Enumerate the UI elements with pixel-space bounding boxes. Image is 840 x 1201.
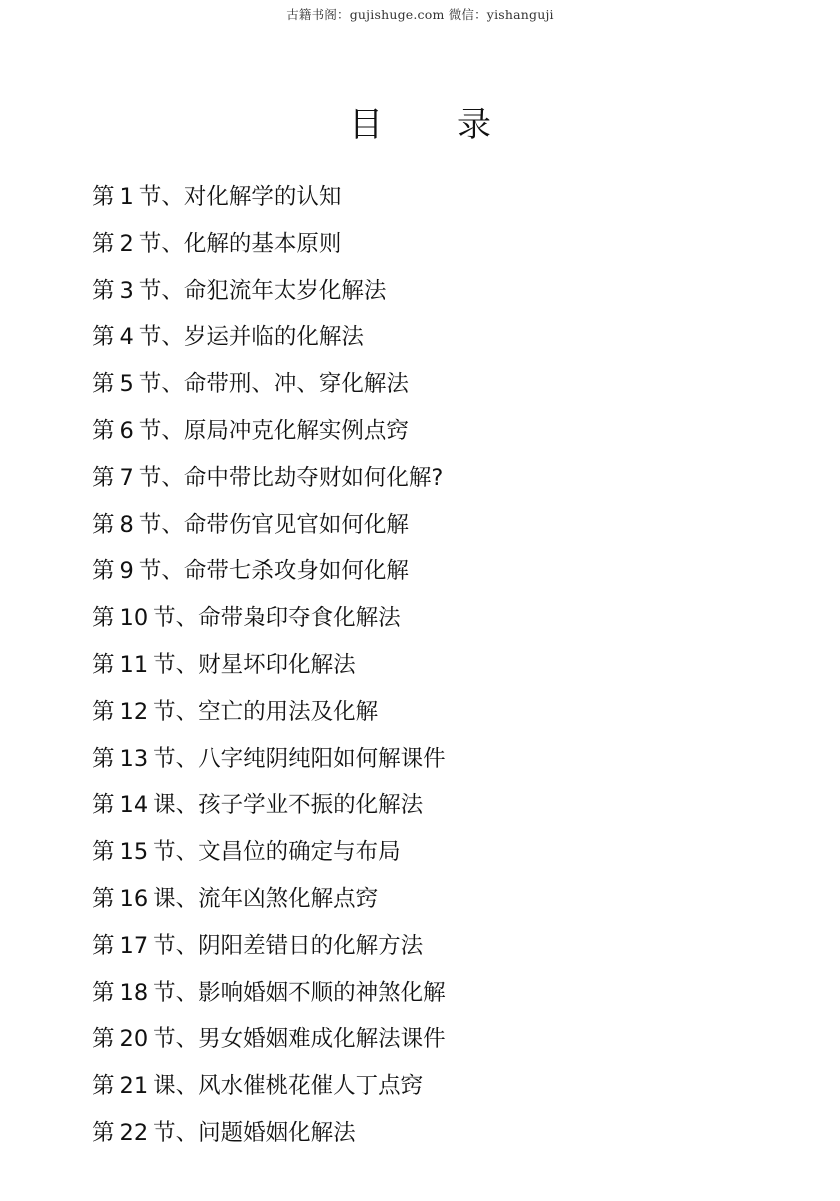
toc-prefix: 第 <box>92 278 115 304</box>
toc-number: 13 <box>120 740 149 778</box>
toc-number: 1 <box>120 178 134 216</box>
toc-prefix: 第 <box>92 1073 115 1099</box>
toc-number: 3 <box>120 272 134 310</box>
toc-prefix: 第 <box>92 746 115 772</box>
toc-prefix: 第 <box>92 558 115 584</box>
toc-prefix: 第 <box>92 933 115 959</box>
toc-title: 、孩子学业不振的化解法 <box>176 792 424 818</box>
toc-prefix: 第 <box>92 1026 115 1052</box>
toc-prefix: 第 <box>92 512 115 538</box>
toc-unit: 节 <box>153 605 176 631</box>
toc-unit: 课 <box>153 886 176 912</box>
toc-title: 、财星坏印化解法 <box>176 652 356 678</box>
header-watermark: 古籍书阁：gujishuge.com 微信：yishanguji <box>0 5 840 23</box>
toc-entry[interactable]: 第5节、命带刑、冲、穿化解法 <box>92 365 446 412</box>
toc-entry[interactable]: 第14课、孩子学业不振的化解法 <box>92 786 446 833</box>
toc-entry[interactable]: 第3节、命犯流年太岁化解法 <box>92 272 446 319</box>
toc-prefix: 第 <box>92 418 115 444</box>
toc-title: 、命带枭印夺食化解法 <box>176 605 401 631</box>
toc-title: 、命带七杀攻身如何化解 <box>161 558 409 584</box>
toc-number: 18 <box>120 974 149 1012</box>
toc-number: 10 <box>120 599 149 637</box>
toc-number: 14 <box>120 786 149 824</box>
toc-prefix: 第 <box>92 605 115 631</box>
toc-prefix: 第 <box>92 980 115 1006</box>
toc-number: 15 <box>120 833 149 871</box>
toc-number: 9 <box>120 552 134 590</box>
toc-entry[interactable]: 第16课、流年凶煞化解点窍 <box>92 880 446 927</box>
toc-title: 、阴阳差错日的化解方法 <box>176 933 424 959</box>
toc-prefix: 第 <box>92 839 115 865</box>
toc-number: 2 <box>120 225 134 263</box>
toc-title: 、空亡的用法及化解 <box>176 699 379 725</box>
toc-title: 、命犯流年太岁化解法 <box>161 278 386 304</box>
toc-unit: 节 <box>153 933 176 959</box>
toc-title: 、文昌位的确定与布局 <box>176 839 401 865</box>
toc-number: 16 <box>120 880 149 918</box>
toc-entry[interactable]: 第20节、男女婚姻难成化解法课件 <box>92 1020 446 1067</box>
toc-entry[interactable]: 第6节、原局冲克化解实例点窍 <box>92 412 446 459</box>
toc-unit: 节 <box>139 558 162 584</box>
toc-title: 、命中带比劫夺财如何化解? <box>161 465 443 491</box>
toc-prefix: 第 <box>92 231 115 257</box>
toc-number: 22 <box>120 1114 149 1152</box>
toc-title: 、岁运并临的化解法 <box>161 324 364 350</box>
toc-entry[interactable]: 第15节、文昌位的确定与布局 <box>92 833 446 880</box>
toc-unit: 节 <box>153 1120 176 1146</box>
toc-unit: 节 <box>153 699 176 725</box>
title-char-lu: 录 <box>457 103 491 147</box>
toc-unit: 节 <box>153 839 176 865</box>
toc-unit: 课 <box>153 792 176 818</box>
toc-prefix: 第 <box>92 184 115 210</box>
toc-entry[interactable]: 第1节、对化解学的认知 <box>92 178 446 225</box>
toc-title: 、问题婚姻化解法 <box>176 1120 356 1146</box>
toc-number: 8 <box>120 506 134 544</box>
toc-unit: 节 <box>153 1026 176 1052</box>
toc-title: 、风水催桃花催人丁点窍 <box>176 1073 424 1099</box>
toc-unit: 节 <box>139 231 162 257</box>
toc-entry[interactable]: 第2节、化解的基本原则 <box>92 225 446 272</box>
toc-unit: 节 <box>139 465 162 491</box>
toc-title: 、男女婚姻难成化解法课件 <box>176 1026 446 1052</box>
toc-title: 、流年凶煞化解点窍 <box>176 886 379 912</box>
toc-number: 7 <box>120 459 134 497</box>
toc-title: 、化解的基本原则 <box>161 231 341 257</box>
title-char-mu: 目 <box>349 103 383 147</box>
toc-unit: 节 <box>139 278 162 304</box>
toc-prefix: 第 <box>92 792 115 818</box>
toc-number: 21 <box>120 1067 149 1105</box>
toc-entry[interactable]: 第4节、岁运并临的化解法 <box>92 318 446 365</box>
toc-unit: 课 <box>153 1073 176 1099</box>
toc-title: 、原局冲克化解实例点窍 <box>161 418 409 444</box>
toc-entry[interactable]: 第10节、命带枭印夺食化解法 <box>92 599 446 646</box>
toc-entry[interactable]: 第13节、八字纯阴纯阳如何解课件 <box>92 740 446 787</box>
toc-unit: 节 <box>139 324 162 350</box>
toc-entry[interactable]: 第11节、财星坏印化解法 <box>92 646 446 693</box>
toc-unit: 节 <box>139 512 162 538</box>
toc-number: 20 <box>120 1020 149 1058</box>
toc-prefix: 第 <box>92 465 115 491</box>
toc-number: 11 <box>120 646 149 684</box>
toc-unit: 节 <box>153 746 176 772</box>
toc-prefix: 第 <box>92 1120 115 1146</box>
toc-number: 6 <box>120 412 134 450</box>
toc-entry[interactable]: 第21课、风水催桃花催人丁点窍 <box>92 1067 446 1114</box>
toc-prefix: 第 <box>92 324 115 350</box>
toc-entry[interactable]: 第9节、命带七杀攻身如何化解 <box>92 552 446 599</box>
toc-entry[interactable]: 第12节、空亡的用法及化解 <box>92 693 446 740</box>
toc-number: 17 <box>120 927 149 965</box>
toc-entry[interactable]: 第22节、问题婚姻化解法 <box>92 1114 446 1161</box>
toc-prefix: 第 <box>92 886 115 912</box>
toc-title: 、命带刑、冲、穿化解法 <box>161 371 409 397</box>
toc-title: 、对化解学的认知 <box>161 184 341 210</box>
toc-entry[interactable]: 第18节、影响婚姻不顺的神煞化解 <box>92 974 446 1021</box>
toc-prefix: 第 <box>92 699 115 725</box>
page-title: 目录 <box>0 103 840 147</box>
toc-entry[interactable]: 第8节、命带伤官见官如何化解 <box>92 506 446 553</box>
toc-number: 12 <box>120 693 149 731</box>
toc-unit: 节 <box>153 980 176 1006</box>
toc-unit: 节 <box>153 652 176 678</box>
toc-unit: 节 <box>139 418 162 444</box>
toc-title: 、命带伤官见官如何化解 <box>161 512 409 538</box>
toc-number: 5 <box>120 365 134 403</box>
toc-entry[interactable]: 第7节、命中带比劫夺财如何化解? <box>92 459 446 506</box>
table-of-contents: 第1节、对化解学的认知 第2节、化解的基本原则 第3节、命犯流年太岁化解法 第4… <box>92 178 446 1161</box>
toc-title: 、八字纯阴纯阳如何解课件 <box>176 746 446 772</box>
toc-number: 4 <box>120 318 134 356</box>
toc-prefix: 第 <box>92 652 115 678</box>
toc-unit: 节 <box>139 371 162 397</box>
toc-entry[interactable]: 第17节、阴阳差错日的化解方法 <box>92 927 446 974</box>
toc-title: 、影响婚姻不顺的神煞化解 <box>176 980 446 1006</box>
toc-unit: 节 <box>139 184 162 210</box>
toc-prefix: 第 <box>92 371 115 397</box>
